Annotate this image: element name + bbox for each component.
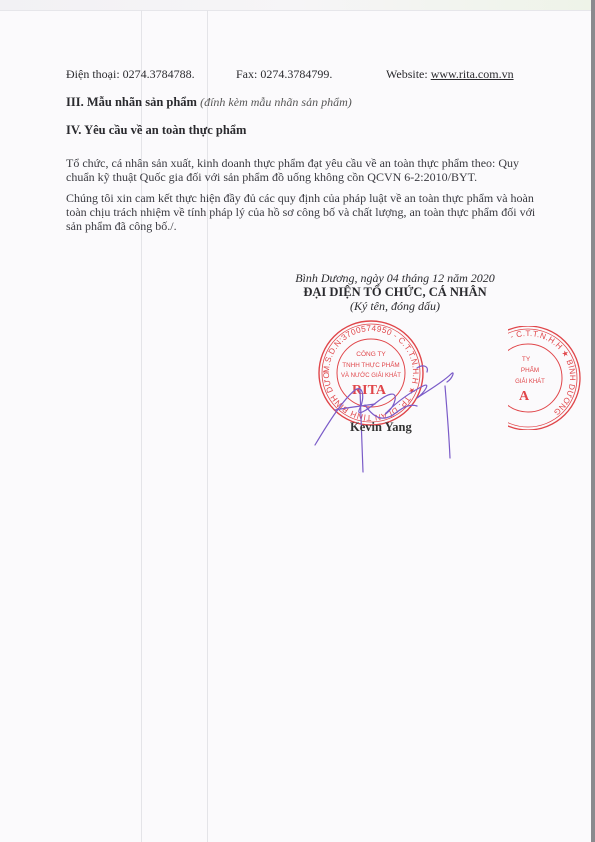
side-stamp: 950 - C.T.T.N.H.H ★ BÌNH DƯƠNG TY PHẨM G… bbox=[508, 326, 592, 430]
section-3-title: III. Mẫu nhãn sản phẩm bbox=[66, 95, 197, 109]
handwritten-signature bbox=[305, 360, 475, 475]
stamp-line-1: CÔNG TY bbox=[356, 349, 386, 358]
section-4-paragraph-1: Tổ chức, cá nhân sản xuất, kinh doanh th… bbox=[66, 156, 536, 184]
website-label: Website: bbox=[386, 67, 431, 81]
contact-fax: Fax: 0274.3784799. bbox=[236, 68, 332, 81]
section-3-note: (đính kèm mẫu nhãn sản phẩm) bbox=[200, 95, 352, 109]
side-stamp-line-1: TY bbox=[522, 356, 531, 363]
contact-website: Website: www.rita.com.vn bbox=[386, 68, 514, 81]
section-4-heading: IV. Yêu cầu về an toàn thực phẩm bbox=[66, 124, 246, 137]
signature-title: ĐẠI DIỆN TỔ CHỨC, CÁ NHÂN bbox=[262, 285, 528, 299]
signature-note: (Ký tên, đóng dấu) bbox=[262, 299, 528, 313]
signature-place-date: Bình Dương, ngày 04 tháng 12 năm 2020 bbox=[262, 271, 528, 285]
signer-name: Kevin Yang bbox=[350, 420, 412, 435]
side-stamp-line-3: GIẢI KHÁT bbox=[515, 378, 545, 385]
section-4-paragraph-2: Chúng tôi xin cam kết thực hiện đầy đủ c… bbox=[66, 191, 536, 233]
side-stamp-brand: A bbox=[519, 389, 530, 404]
website-link[interactable]: www.rita.com.vn bbox=[431, 67, 514, 81]
contact-phone: Điện thoại: 0274.3784788. bbox=[66, 68, 195, 81]
section-3-heading: III. Mẫu nhãn sản phẩm (đính kèm mẫu nhã… bbox=[66, 96, 352, 109]
side-stamp-line-2: PHẨM bbox=[521, 365, 539, 374]
scan-top-strip bbox=[0, 0, 595, 11]
